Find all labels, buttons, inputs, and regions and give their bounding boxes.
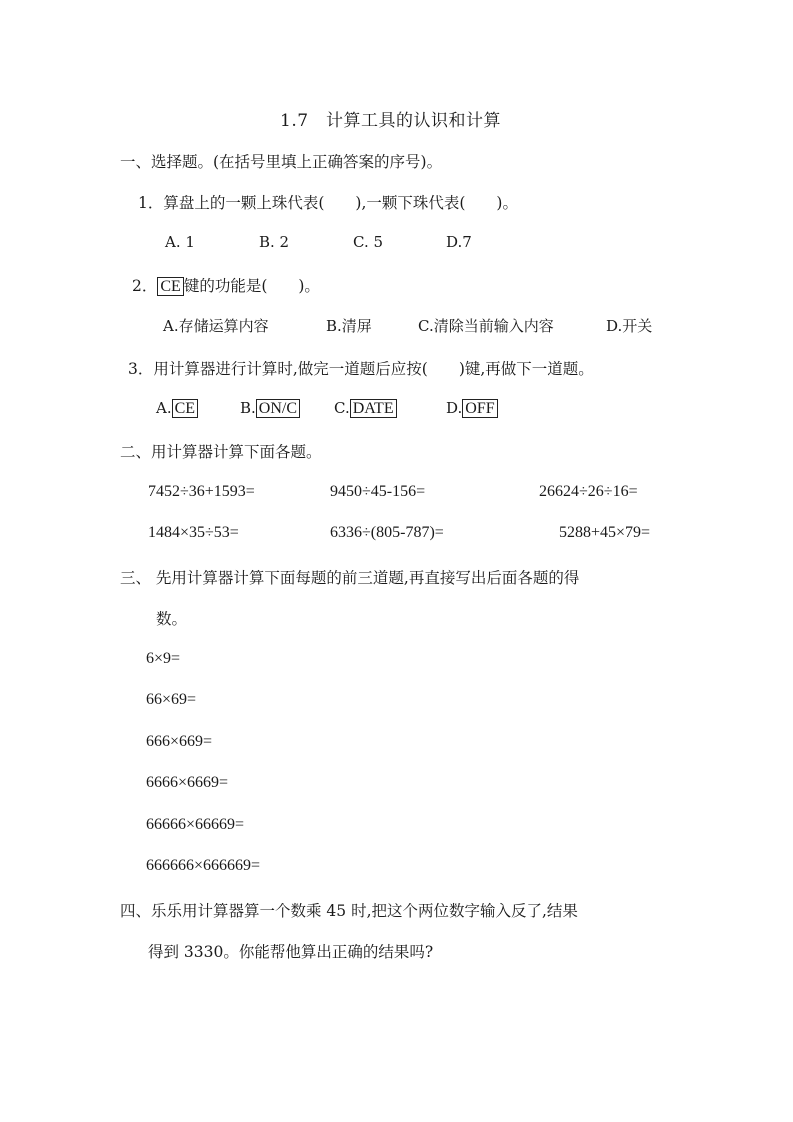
option-b: B.ON/C xyxy=(240,399,300,418)
option-a: A.存储运算内容 xyxy=(163,315,269,336)
ce-key-icon: CE xyxy=(157,277,183,296)
ce-key-icon: CE xyxy=(172,399,198,418)
list-item: 666×669= xyxy=(146,733,212,751)
section-3-heading: 三、 先用计算器计算下面每题的前三道题,再直接写出后面各题的得 xyxy=(120,566,579,588)
question-2: 2．CE键的功能是( )。 xyxy=(132,274,320,296)
option-b: B.清屏 xyxy=(326,315,372,336)
section-3-heading-cont: 数。 xyxy=(156,607,187,629)
list-item: 66×69= xyxy=(146,691,196,709)
off-key-icon: OFF xyxy=(462,399,497,418)
option-d: D.开关 xyxy=(606,315,652,336)
list-item: 66666×66669= xyxy=(146,816,244,834)
question-3: 3．用计算器进行计算时,做完一道题后应按( )键,再做下一道题。 xyxy=(128,357,594,379)
section-4-question: 四、乐乐用计算器算一个数乘 45 时,把这个两位数字输入反了,结果 xyxy=(120,899,578,921)
calc-problem: 7452÷36+1593= xyxy=(148,483,255,501)
question-1: 1．算盘上的一颗上珠代表( ),一颗下珠代表( )。 xyxy=(138,191,518,213)
question-2-text: 键的功能是( )。 xyxy=(184,277,320,295)
section-4-question-cont: 得到 3330。你能帮他算出正确的结果吗? xyxy=(148,940,433,962)
option-a: A.CE xyxy=(156,399,198,418)
section-2-heading: 二、用计算器计算下面各题。 xyxy=(120,440,322,462)
calc-problem: 5288+45×79= xyxy=(559,524,650,542)
date-key-icon: DATE xyxy=(350,399,397,418)
option-d: D.OFF xyxy=(446,399,498,418)
option-c: C.DATE xyxy=(334,399,397,418)
list-item: 666666×666669= xyxy=(146,857,260,875)
option-a: A. 1 xyxy=(165,233,195,251)
question-2-number: 2． xyxy=(132,277,157,295)
calc-problem: 9450÷45-156= xyxy=(330,483,425,501)
calc-problem: 6336÷(805-787)= xyxy=(330,524,444,542)
option-b: B. 2 xyxy=(259,233,289,251)
calc-problem: 26624÷26÷16= xyxy=(539,483,638,501)
section-1-heading: 一、选择题。(在括号里填上正确答案的序号)。 xyxy=(120,150,442,172)
calc-problem: 1484×35÷53= xyxy=(148,524,239,542)
option-c: C.清除当前输入内容 xyxy=(418,315,554,336)
page-title: 1.7 计算工具的认识和计算 xyxy=(280,106,501,131)
option-c: C. 5 xyxy=(353,233,383,251)
on-c-key-icon: ON/C xyxy=(256,399,300,418)
list-item: 6×9= xyxy=(146,650,180,668)
list-item: 6666×6669= xyxy=(146,774,228,792)
option-d: D.7 xyxy=(446,233,472,251)
